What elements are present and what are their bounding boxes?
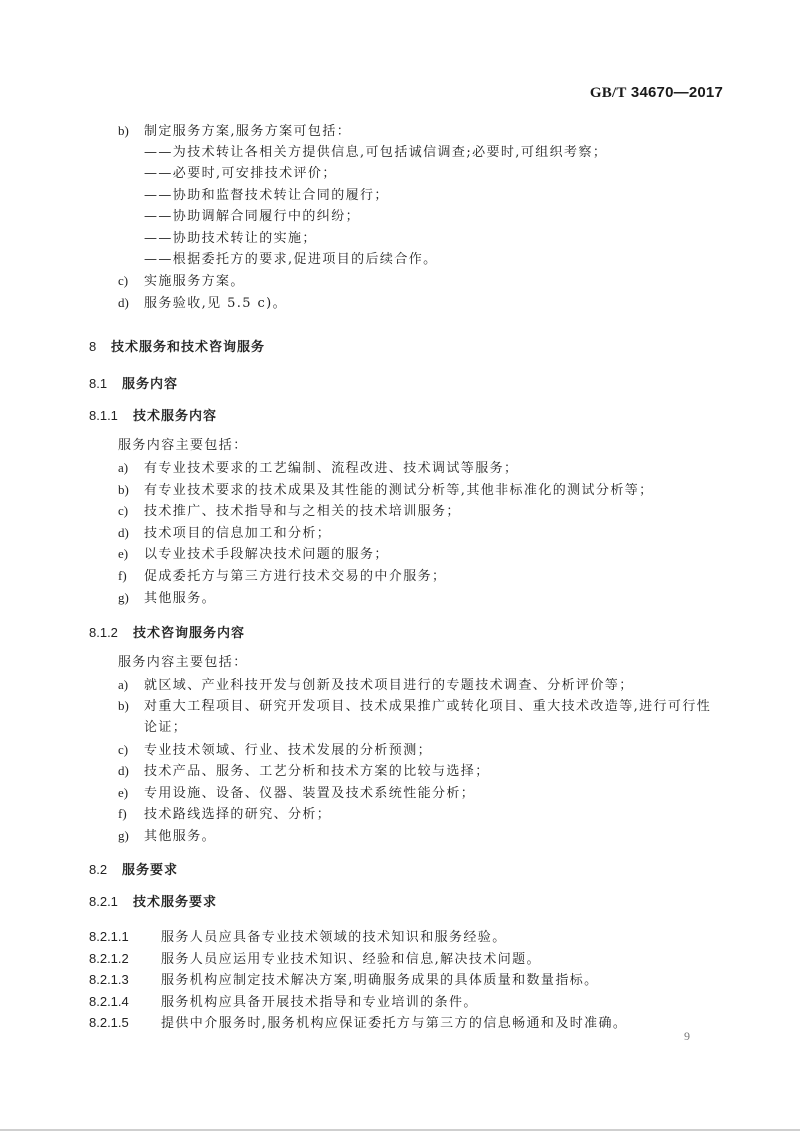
- list-marker: g): [118, 828, 144, 844]
- list-item: g)其他服务。: [118, 828, 216, 845]
- intro-text: 服务内容主要包括：: [118, 655, 248, 671]
- section-title: 服务内容: [122, 377, 178, 392]
- clause-number: 8.2.1.5: [89, 1015, 161, 1031]
- section-title: 技术服务和技术咨询服务: [111, 340, 265, 355]
- list-marker: d): [118, 763, 144, 779]
- clause: 8.2.1.3服务机构应制定技术解决方案,明确服务成果的具体质量和数量指标。: [89, 972, 599, 989]
- section-number: 8.2.1: [89, 894, 133, 910]
- list-marker: g): [118, 590, 144, 606]
- list-marker: b): [118, 698, 144, 714]
- standard-number: 34670—2017: [631, 84, 723, 101]
- list-item-b: b)制定服务方案,服务方案可包括：: [118, 123, 351, 140]
- list-marker: c): [118, 503, 144, 519]
- section-number: 8.1.1: [89, 408, 133, 424]
- list-marker: c): [118, 742, 144, 758]
- section-title: 服务要求: [122, 863, 178, 878]
- list-text: 技术产品、服务、工艺分析和技术方案的比较与选择；: [144, 764, 490, 779]
- clause: 8.2.1.4服务机构应具备开展技术指导和专业培训的条件。: [89, 994, 478, 1011]
- section-8-heading: 8技术服务和技术咨询服务: [89, 339, 265, 356]
- list-text: 其他服务。: [144, 829, 216, 844]
- list-marker: d): [118, 525, 144, 541]
- clause-number: 8.2.1.1: [89, 929, 161, 945]
- list-text: 服务验收,见 5.5 c)。: [144, 296, 287, 311]
- list-text: 有专业技术要求的工艺编制、流程改进、技术调试等服务；: [144, 461, 518, 476]
- list-marker: a): [118, 677, 144, 693]
- section-number: 8.1: [89, 376, 122, 392]
- list-item: a)有专业技术要求的工艺编制、流程改进、技术调试等服务；: [118, 460, 518, 477]
- section-8-1-heading: 8.1服务内容: [89, 376, 178, 393]
- sub-item-text: ——协助调解合同履行中的纠纷；: [144, 209, 360, 224]
- list-item: d)技术项目的信息加工和分析；: [118, 525, 331, 542]
- list-text: 就区域、产业科技开发与创新及技术项目进行的专题技术调查、分析评价等；: [144, 678, 634, 693]
- section-number: 8.1.2: [89, 625, 133, 641]
- sub-item-text: ——为技术转让各相关方提供信息,可包括诚信调查;必要时,可组织考察；: [144, 145, 607, 160]
- list-text: 专业技术领域、行业、技术发展的分析预测；: [144, 743, 432, 758]
- list-marker: b): [118, 482, 144, 498]
- list-item-continuation: 论证；: [144, 720, 187, 736]
- clause: 8.2.1.2服务人员应运用专业技术知识、经验和信息,解决技术问题。: [89, 951, 541, 968]
- list-text: 专用设施、设备、仪器、装置及技术系统性能分析；: [144, 786, 475, 801]
- list-text: 以专业技术手段解决技术问题的服务；: [144, 547, 389, 562]
- list-marker: a): [118, 460, 144, 476]
- list-item: a)就区域、产业科技开发与创新及技术项目进行的专题技术调查、分析评价等；: [118, 677, 634, 694]
- list-marker: f): [118, 568, 144, 584]
- sub-item-text: ——根据委托方的要求,促进项目的后续合作。: [144, 252, 438, 267]
- sub-item: ——协助调解合同履行中的纠纷；: [144, 209, 360, 225]
- sub-item: ——必要时,可安排技术评价；: [144, 166, 337, 182]
- sub-item: ——协助技术转让的实施；: [144, 231, 317, 247]
- clause-text: 服务机构应具备开展技术指导和专业培训的条件。: [161, 995, 478, 1010]
- list-text: 有专业技术要求的技术成果及其性能的测试分析等,其他非标准化的测试分析等；: [144, 483, 654, 498]
- list-item: f)技术路线选择的研究、分析；: [118, 806, 331, 823]
- list-text: 技术推广、技术指导和与之相关的技术培训服务；: [144, 504, 461, 519]
- section-8-2-heading: 8.2服务要求: [89, 862, 178, 879]
- clause-text: 服务人员应具备专业技术领域的技术知识和服务经验。: [161, 930, 507, 945]
- list-marker: d): [118, 295, 144, 311]
- list-text: 促成委托方与第三方进行技术交易的中介服务；: [144, 569, 446, 584]
- list-marker: b): [118, 123, 144, 139]
- list-item: b)对重大工程项目、研究开发项目、技术成果推广或转化项目、重大技术改造等,进行可…: [118, 698, 711, 715]
- section-title: 技术服务要求: [133, 895, 217, 910]
- list-item: c)专业技术领域、行业、技术发展的分析预测；: [118, 742, 432, 759]
- list-text: 对重大工程项目、研究开发项目、技术成果推广或转化项目、重大技术改造等,进行可行性: [144, 699, 711, 714]
- sub-item: ——协助和监督技术转让合同的履行；: [144, 188, 389, 204]
- list-text: 其他服务。: [144, 591, 216, 606]
- clause: 8.2.1.1服务人员应具备专业技术领域的技术知识和服务经验。: [89, 929, 507, 946]
- list-item: e)专用设施、设备、仪器、装置及技术系统性能分析；: [118, 785, 475, 802]
- standard-prefix: GB/T: [590, 85, 627, 101]
- sub-item-text: ——必要时,可安排技术评价；: [144, 166, 337, 181]
- list-item: d)技术产品、服务、工艺分析和技术方案的比较与选择；: [118, 763, 490, 780]
- clause: 8.2.1.5提供中介服务时,服务机构应保证委托方与第三方的信息畅通和及时准确。: [89, 1015, 627, 1032]
- sub-item: ——根据委托方的要求,促进项目的后续合作。: [144, 252, 438, 268]
- clause-text: 服务机构应制定技术解决方案,明确服务成果的具体质量和数量指标。: [161, 973, 599, 988]
- list-text: 制定服务方案,服务方案可包括：: [144, 124, 351, 139]
- section-title: 技术服务内容: [133, 409, 217, 424]
- document-page: GB/T 34670—2017 b)制定服务方案,服务方案可包括： ——为技术转…: [0, 0, 800, 1131]
- list-marker: f): [118, 806, 144, 822]
- section-title: 技术咨询服务内容: [133, 626, 245, 641]
- clause-number: 8.2.1.2: [89, 951, 161, 967]
- list-item: b)有专业技术要求的技术成果及其性能的测试分析等,其他非标准化的测试分析等；: [118, 482, 654, 499]
- list-item-d: d)服务验收,见 5.5 c)。: [118, 295, 287, 312]
- page-number: 9: [684, 1029, 690, 1044]
- clause-text: 服务人员应运用专业技术知识、经验和信息,解决技术问题。: [161, 952, 541, 967]
- clause-number: 8.2.1.3: [89, 972, 161, 988]
- section-8-1-2-heading: 8.1.2技术咨询服务内容: [89, 625, 245, 642]
- sub-item-text: ——协助和监督技术转让合同的履行；: [144, 188, 389, 203]
- list-marker: e): [118, 785, 144, 801]
- list-item: g)其他服务。: [118, 590, 216, 607]
- list-text: 技术项目的信息加工和分析；: [144, 526, 331, 541]
- section-8-2-1-heading: 8.2.1技术服务要求: [89, 894, 217, 911]
- list-marker: e): [118, 546, 144, 562]
- sub-item: ——为技术转让各相关方提供信息,可包括诚信调查;必要时,可组织考察；: [144, 145, 607, 161]
- list-item-c: c)实施服务方案。: [118, 273, 245, 290]
- list-text: 实施服务方案。: [144, 274, 245, 289]
- list-item: e)以专业技术手段解决技术问题的服务；: [118, 546, 389, 563]
- sub-item-text: ——协助技术转让的实施；: [144, 231, 317, 246]
- section-8-1-1-heading: 8.1.1技术服务内容: [89, 408, 217, 425]
- list-item: f)促成委托方与第三方进行技术交易的中介服务；: [118, 568, 446, 585]
- section-number: 8: [89, 339, 111, 355]
- list-text: 技术路线选择的研究、分析；: [144, 807, 331, 822]
- standard-header: GB/T 34670—2017: [590, 84, 723, 102]
- list-item: c)技术推广、技术指导和与之相关的技术培训服务；: [118, 503, 461, 520]
- clause-number: 8.2.1.4: [89, 994, 161, 1010]
- clause-text: 提供中介服务时,服务机构应保证委托方与第三方的信息畅通和及时准确。: [161, 1016, 627, 1031]
- list-marker: c): [118, 273, 144, 289]
- intro-text: 服务内容主要包括：: [118, 438, 248, 454]
- section-number: 8.2: [89, 862, 122, 878]
